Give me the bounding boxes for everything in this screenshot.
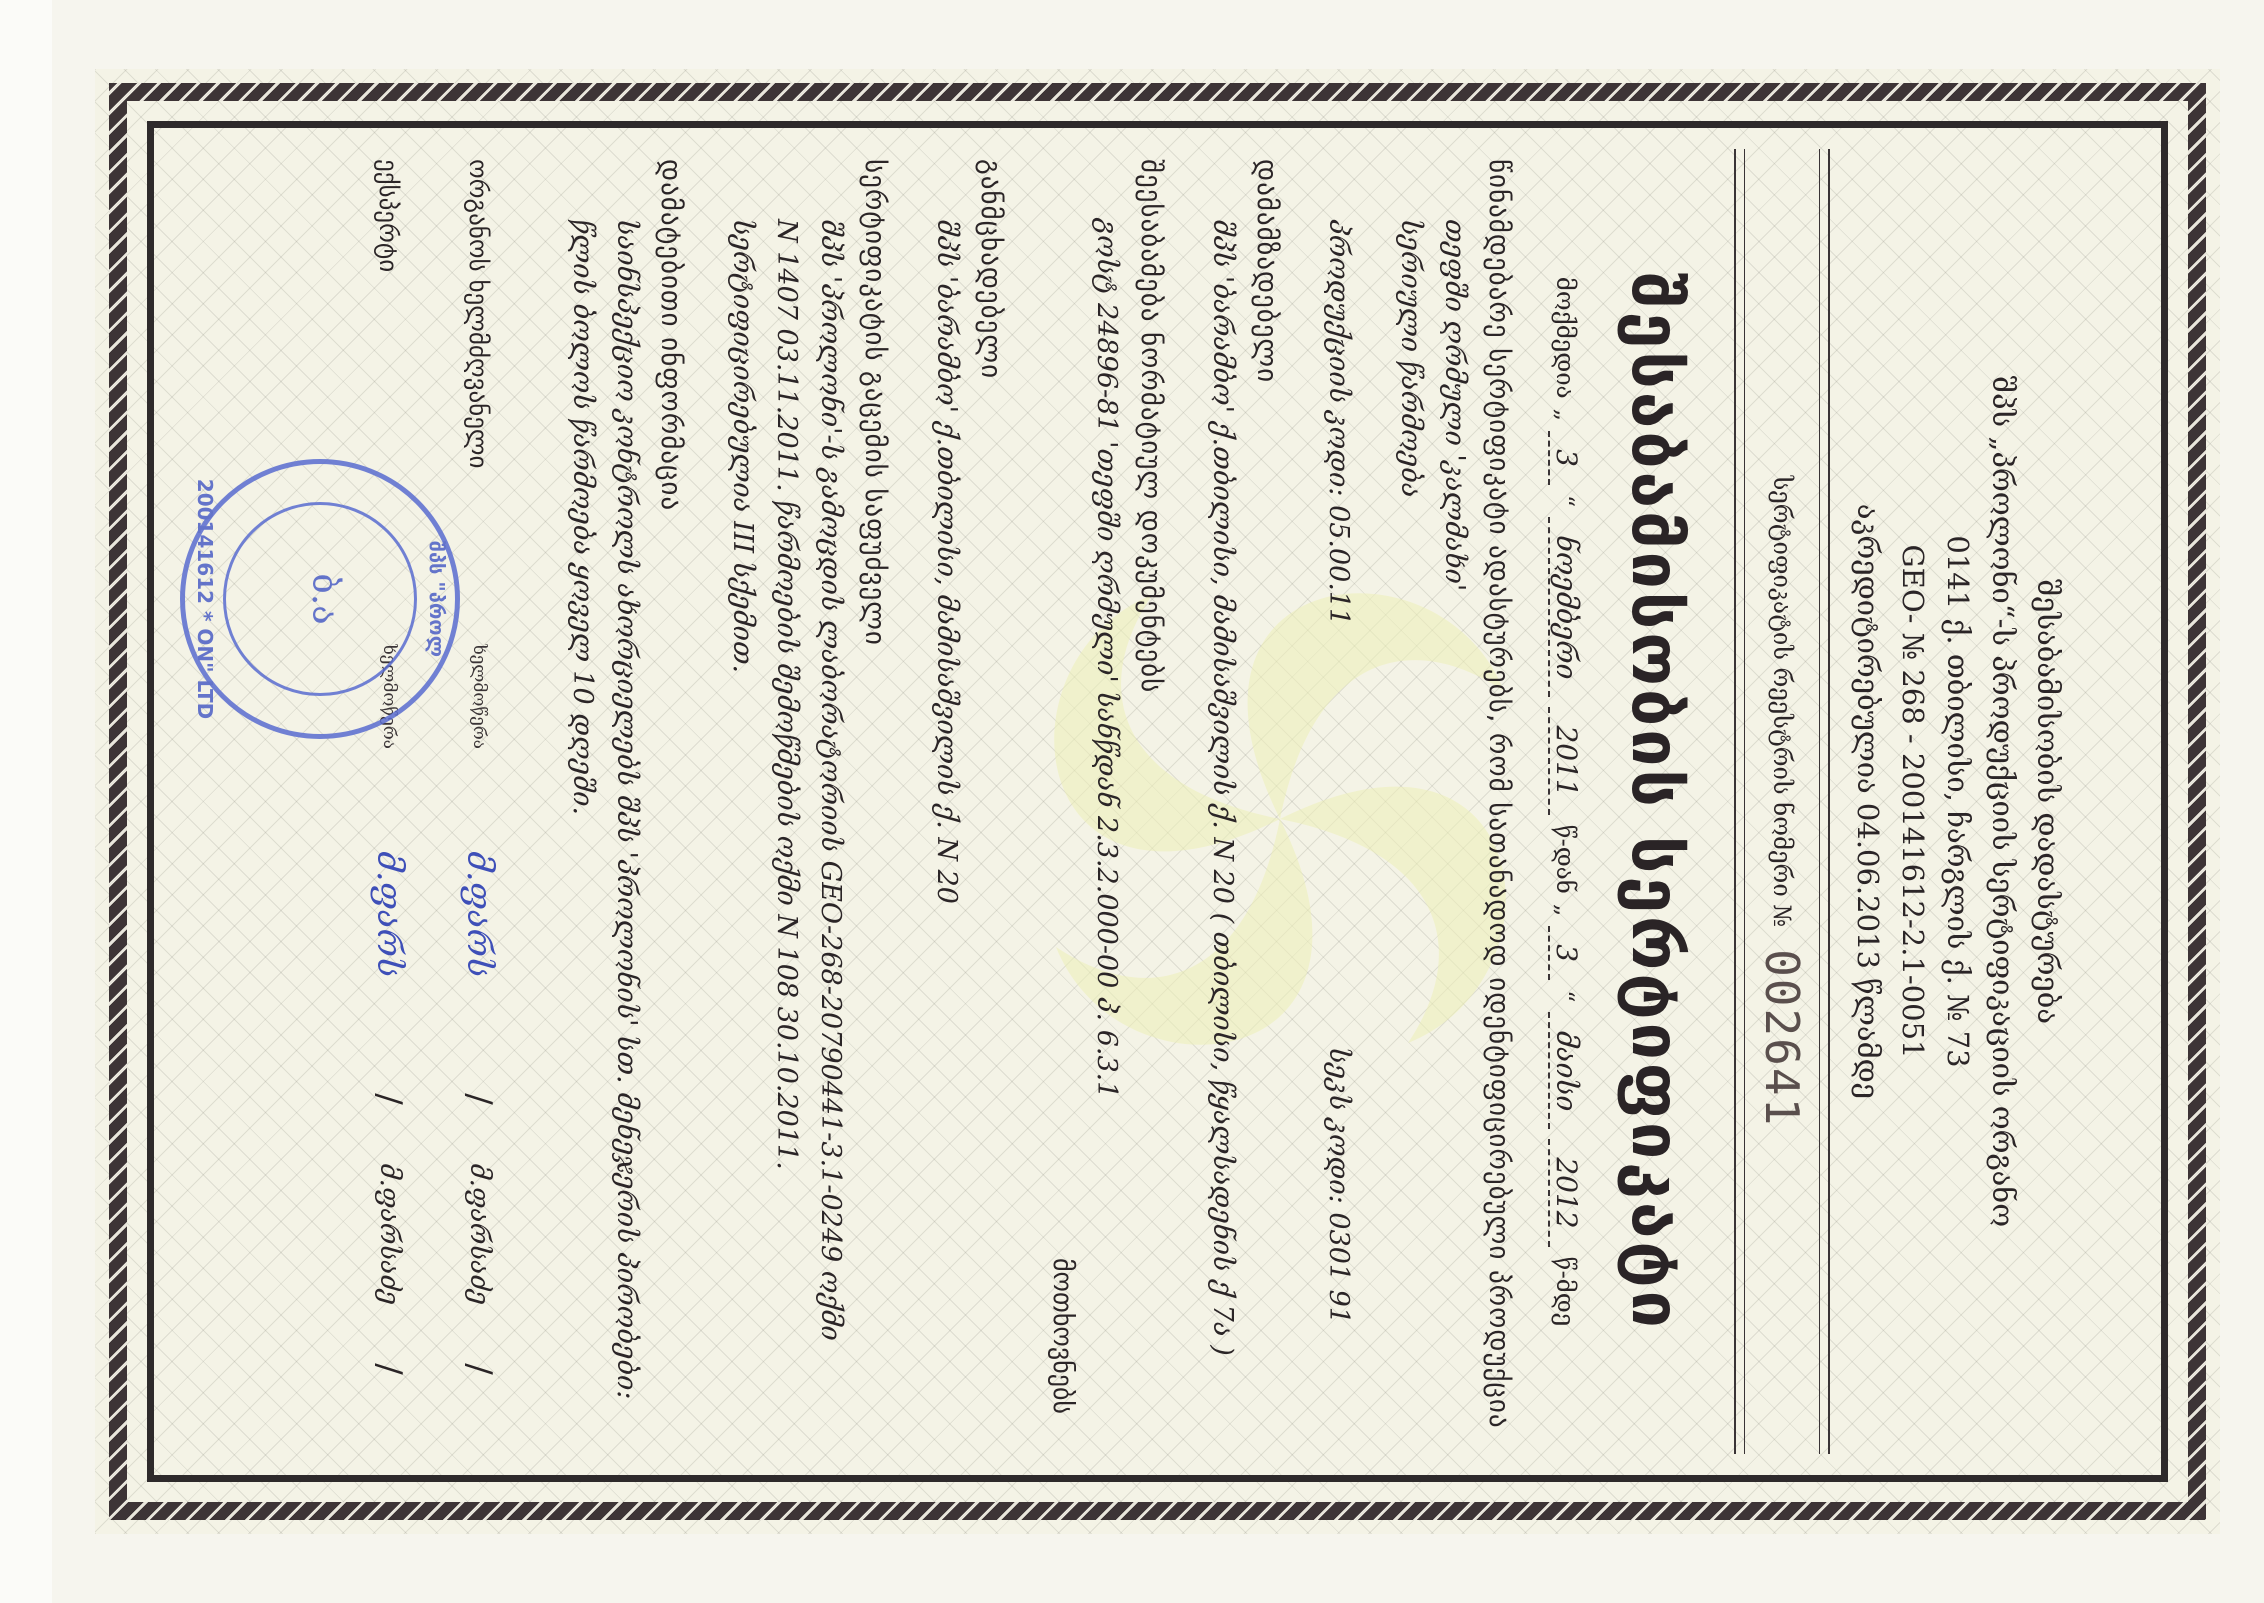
seal-bottom-text: 200141612 * ON" LTD bbox=[193, 464, 217, 734]
manufacturer-value: შპს 'ბარამბო' ქ.თბილისი, მამისაშვილის ქ.… bbox=[1200, 159, 1244, 1444]
signatures: ორგანოს ხელმძღვანელი ხელმოწერა მ.ფარს / … bbox=[344, 159, 524, 1444]
certificate-title: შესაბამისობის სერტიფიკატი bbox=[1617, 159, 1694, 1444]
separator: / bbox=[369, 1349, 409, 1389]
product-code-label: პროდუქციის კოდი: bbox=[1323, 219, 1354, 496]
conformity-label: შეესაბამება ნორმატიულ დოკუმენტებს bbox=[1128, 159, 1172, 1444]
separator: / bbox=[459, 1079, 499, 1119]
signature-row-expert: ექსპერტი ხელმოწერა მ.ფარს / მ.ფარსაძე / bbox=[344, 159, 434, 1444]
separator: / bbox=[369, 1079, 409, 1119]
registry-label: სერტიფიკატის რეესტრის ნომერი № bbox=[1768, 476, 1796, 927]
production-type: სერიული წარმოება bbox=[1388, 159, 1432, 1444]
valid-from-suffix: წ-დან bbox=[1551, 825, 1579, 894]
product-codes: პროდუქციის კოდი: 05.00.11 სეკს კოდი: 030… bbox=[1316, 159, 1360, 1444]
product-section: წინამდებარე სერტიფიკატი ადასტურებს, რომ … bbox=[1388, 159, 1520, 1444]
additional-label: დამატებითი ინფორმაცია bbox=[648, 159, 692, 1444]
signer-name: მ.ფარსაძე bbox=[464, 1119, 494, 1349]
basis-line: N 1407 03.11.2011. წარმოების შემოწმების … bbox=[764, 159, 808, 1444]
product-intro: წინამდებარე სერტიფიკატი ადასტურებს, რომ … bbox=[1476, 159, 1520, 1444]
basis-line: სერტიფიცირებულია III სქემით. bbox=[720, 159, 764, 1444]
serial-number: 002641 bbox=[1755, 949, 1809, 1127]
product-code-value: 05.00.11 bbox=[1323, 505, 1354, 625]
hs-code-label: სეკს კოდი: bbox=[1323, 1047, 1354, 1204]
seal-top-text: შპს "პროლ bbox=[425, 464, 449, 734]
company-seal-icon: შპს "პროლ ბ.ა 200141612 * ON" LTD bbox=[180, 459, 460, 739]
product-code: პროდუქციის კოდი: 05.00.11 bbox=[1316, 159, 1360, 625]
issuer-line: შესაბამისობის დადასტურება bbox=[2025, 159, 2070, 1444]
additional-line: საინსპექციო კონტროლს ახორციელებს შპს 'პრ… bbox=[604, 159, 648, 1444]
signature-slot-label: ხელმოწერა bbox=[469, 519, 489, 749]
separator: / bbox=[459, 1349, 499, 1389]
basis-line: შპს 'პროლონი'-ს გამოცდის ლაბორატორიის GE… bbox=[808, 159, 852, 1444]
signer-name: მ.ფარსაძე bbox=[374, 1119, 404, 1349]
requirements-label: მოთხოვნებს bbox=[1040, 159, 1084, 1444]
issuer-line: შპს „პროლონი“-ს პროდუქციის სერტიფიკაციის… bbox=[1980, 159, 2025, 1444]
registry-number-box: სერტიფიკატის რეესტრის ნომერი № 002641 bbox=[1734, 149, 1830, 1454]
applicant-label: განმცხადებელი bbox=[968, 159, 1012, 1444]
manufacturer-section: დამამზადებელი შპს 'ბარამბო' ქ.თბილისი, მ… bbox=[1200, 159, 1288, 1444]
valid-to-month: მაისი bbox=[1548, 1012, 1583, 1129]
handwritten-signature: მ.ფარს bbox=[459, 749, 499, 1079]
product-name: თეფში ღრმული 'კალმახი' bbox=[1432, 159, 1476, 1444]
valid-to-day: 3 bbox=[1548, 926, 1583, 980]
seal-center-mark: ბ.ა bbox=[304, 464, 345, 734]
validity-dates: მოქმედია „3“ ნოემბერი 2011 წ-დან „3“ მაი… bbox=[1548, 159, 1583, 1444]
scan-edge bbox=[0, 0, 52, 1603]
hs-code: სეკს კოდი: 0301 91 bbox=[1316, 987, 1360, 1324]
issuer-block: შესაბამისობის დადასტურება შპს „პროლონი“-… bbox=[1830, 159, 2140, 1444]
hs-code-value: 0301 91 bbox=[1323, 1212, 1354, 1324]
handwritten-signature: მ.ფარს bbox=[369, 749, 409, 1079]
valid-to-suffix: წ-მდე bbox=[1551, 1257, 1579, 1327]
basis-label: სერტიფიკატის გაცემის საფუძველი bbox=[852, 159, 896, 1444]
signer-role: ორგანოს ხელმძღვანელი bbox=[464, 159, 493, 519]
issuer-line: აკრედიტირებულია 04.06.2013 წლამდე bbox=[1845, 159, 1890, 1444]
valid-from-label: მოქმედია bbox=[1551, 277, 1579, 399]
issuer-line: 0141 ქ. თბილისი, ჩარგლის ქ. № 73 bbox=[1935, 159, 1980, 1444]
additional-line: წლის ბოლოს წარმოება ყოველ 10 დღეში. bbox=[560, 159, 604, 1444]
valid-from-month: ნოემბერი bbox=[1548, 517, 1583, 697]
conformity-value: გოსტ 24896-81 'თეფში ღრმული' სანწდან 2.3… bbox=[1084, 159, 1128, 1444]
conformity-section: შეესაბამება ნორმატიულ დოკუმენტებს გოსტ 2… bbox=[1040, 159, 1172, 1444]
basis-section: სერტიფიკატის გაცემის საფუძველი შპს 'პროლ… bbox=[720, 159, 896, 1444]
additional-section: დამატებითი ინფორმაცია საინსპექციო კონტრო… bbox=[560, 159, 692, 1444]
applicant-section: განმცხადებელი შპს 'ბარამბო' ქ.თბილისი, მ… bbox=[924, 159, 1012, 1444]
issuer-line: GEO- № 268 - 20014161​2-2.1-0051 bbox=[1890, 159, 1935, 1444]
valid-to-year: 2012 bbox=[1548, 1139, 1583, 1246]
applicant-value: შპს 'ბარამბო' ქ.თბილისი, მამისაშვილის ქ.… bbox=[924, 159, 968, 1444]
signer-role: ექსპერტი bbox=[374, 159, 403, 519]
certificate-body: შესაბამისობის დადასტურება შპს „პროლონი“-… bbox=[175, 159, 2140, 1444]
signature-row-head: ორგანოს ხელმძღვანელი ხელმოწერა მ.ფარს / … bbox=[434, 159, 524, 1444]
manufacturer-label: დამამზადებელი bbox=[1244, 159, 1288, 1444]
certificate: შესაბამისობის დადასტურება შპს „პროლონი“-… bbox=[95, 69, 2220, 1534]
valid-from-year: 2011 bbox=[1548, 707, 1583, 814]
valid-from-day: 3 bbox=[1548, 431, 1583, 485]
